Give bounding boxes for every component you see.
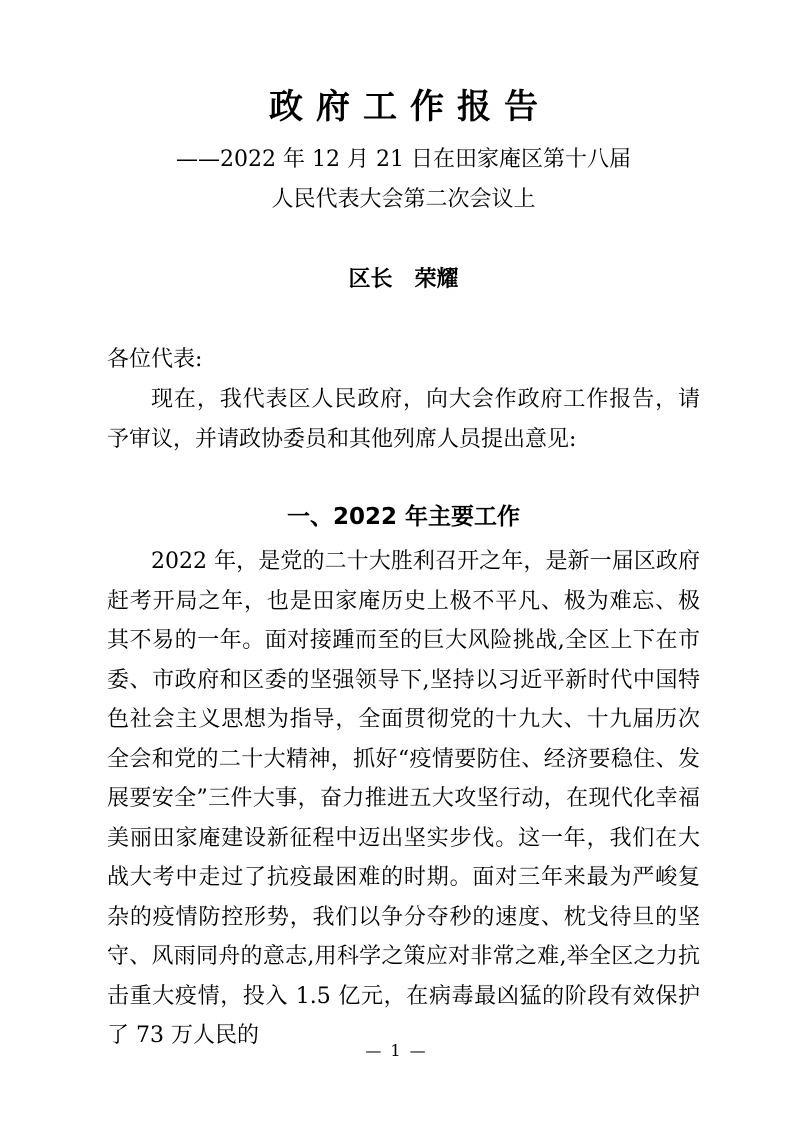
intro-paragraph: 现在，我代表区人民政府，向大会作政府工作报告，请予审议，并请政协委员和其他列席人… bbox=[107, 380, 700, 460]
page-number: — 1 — bbox=[0, 1041, 793, 1061]
document-subtitle-line-2: 人民代表大会第二次会议上 bbox=[107, 180, 700, 220]
section-body-paragraph: 2022 年，是党的二十大胜利召开之年，是新一届区政府赶考开局之年，也是田家庵历… bbox=[107, 542, 700, 1056]
document-title: 政府工作报告 bbox=[107, 86, 700, 128]
salutation: 各位代表: bbox=[107, 340, 700, 380]
document-subtitle-line-1: ——2022 年 12 月 21 日在田家庵区第十八届 bbox=[107, 140, 700, 180]
speaker-byline: 区长 荣耀 bbox=[107, 259, 700, 299]
section-heading-2022-main-work: 一、2022 年主要工作 bbox=[107, 497, 700, 537]
document-page: 政府工作报告 ——2022 年 12 月 21 日在田家庵区第十八届 人民代表大… bbox=[0, 0, 793, 1122]
